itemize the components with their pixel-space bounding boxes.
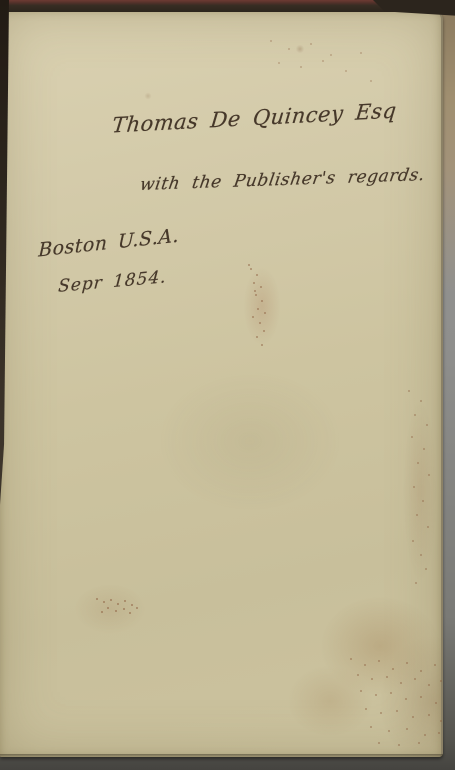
foxing-speckles-left <box>96 598 98 600</box>
foxing-speckles-right-margin <box>408 390 410 392</box>
foxing-speckles-bottom-right <box>350 658 352 660</box>
book-photo: Thomas De Quincey Esq with the Publisher… <box>0 0 455 770</box>
foxing-speckles-top <box>270 40 272 42</box>
foxing-speckles-center <box>248 264 250 266</box>
page-bottom-shadow <box>0 754 443 758</box>
